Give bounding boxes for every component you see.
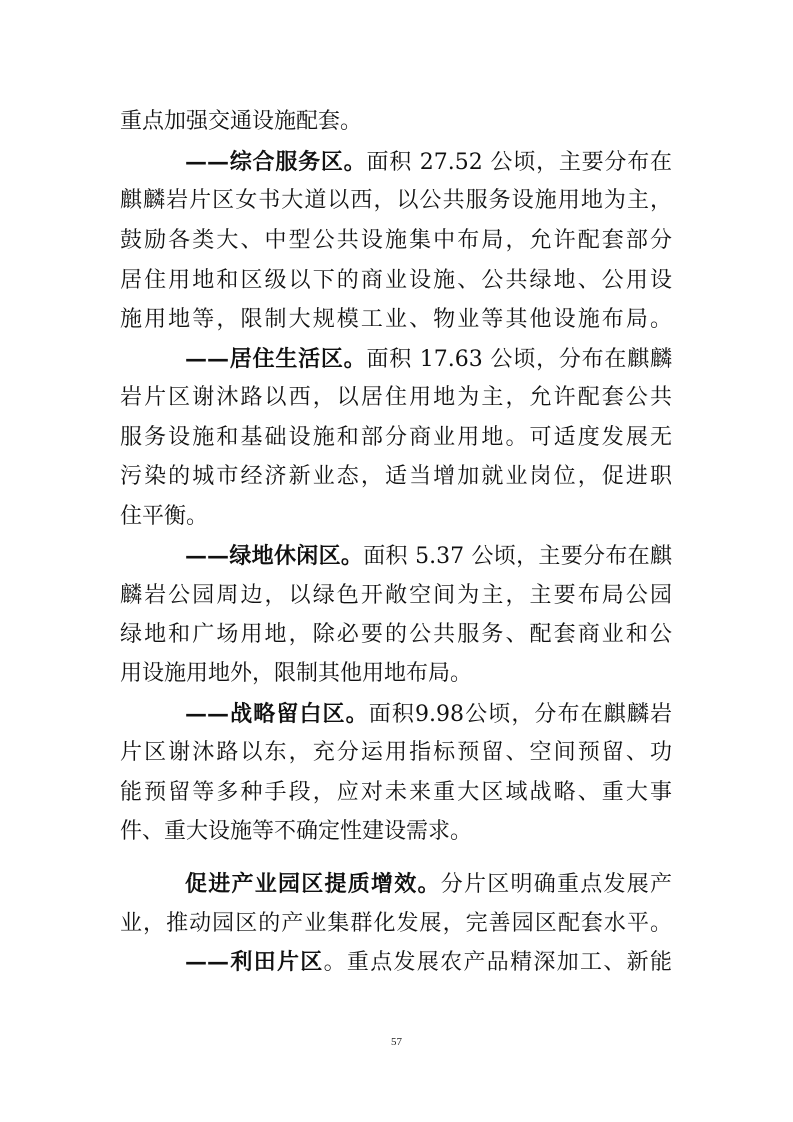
text-line: 用设施用地外，限制其他用地布局。 (120, 657, 672, 691)
page-number: 57 (0, 1036, 793, 1048)
line-text: 面积 17.63 公顷，分布在麒麟 (366, 347, 672, 372)
text-line: 件、重大设施等不确定性建设需求。 (120, 815, 672, 849)
document-page: 重点加强交通设施配套。——综合服务区。面积 27.52 公顷，主要分布在麒麟岩片… (0, 0, 793, 1122)
section-heading: ——绿地休闲区。 (185, 543, 363, 569)
line-text: 绿地和广场用地，除必要的公共服务、配套商业和公 (120, 622, 672, 647)
line-text: 住平衡。 (120, 504, 208, 529)
line-text: 分片区明确重点发展产 (441, 872, 672, 897)
text-line: ——战略留白区。面积9.98公顷，分布在麒麟岩 (185, 697, 672, 731)
text-line: ——居住生活区。面积 17.63 公顷，分布在麒麟 (185, 342, 672, 376)
text-line: 促进产业园区提质增效。分片区明确重点发展产 (185, 867, 672, 901)
text-line: 污染的城市经济新业态，适当增加就业岗位，促进职 (120, 460, 672, 494)
line-text: 服务设施和基础设施和部分商业用地。可适度发展无 (120, 425, 672, 450)
line-text: 麒麟岩片区女书大道以西，以公共服务设施用地为主， (120, 188, 672, 213)
line-text: 重点加强交通设施配套。 (120, 109, 362, 134)
line-text: 面积 5.37 公顷，主要分布在麒 (363, 544, 672, 569)
text-line: ——综合服务区。面积 27.52 公顷，主要分布在 (185, 145, 672, 179)
text-line: ——利田片区。重点发展农产品精深加工、新能 (185, 945, 672, 979)
line-text: 施用地等，限制大规模工业、物业等其他设施布局。 (120, 307, 672, 332)
line-text: 麟岩公园周边，以绿色开敞空间为主，主要布局公园 (120, 583, 672, 608)
text-line: 业，推动园区的产业集群化发展，完善园区配套水平。 (120, 907, 672, 941)
text-line: 片区谢沐路以东，充分运用指标预留、空间预留、功 (120, 736, 672, 770)
text-line: 绿地和广场用地，除必要的公共服务、配套商业和公 (120, 618, 672, 652)
line-text: 片区谢沐路以东，充分运用指标预留、空间预留、功 (120, 740, 672, 765)
text-line: 麒麟岩片区女书大道以西，以公共服务设施用地为主， (120, 184, 672, 218)
section-heading: 促进产业园区提质增效。 (185, 871, 441, 897)
line-text: 件、重大设施等不确定性建设需求。 (120, 819, 472, 844)
text-line: 岩片区谢沐路以西，以居住用地为主，允许配套公共 (120, 381, 672, 415)
line-text: 居住用地和区级以下的商业设施、公共绿地、公用设 (120, 268, 672, 293)
line-text: 。重点发展农产品精深加工、新能 (324, 950, 672, 975)
line-text: 业，推动园区的产业集群化发展，完善园区配套水平。 (120, 911, 672, 936)
line-text: 面积9.98公顷，分布在麒麟岩 (369, 702, 672, 727)
text-line: 服务设施和基础设施和部分商业用地。可适度发展无 (120, 421, 672, 455)
line-text: 岩片区谢沐路以西，以居住用地为主，允许配套公共 (120, 385, 672, 410)
line-text: 污染的城市经济新业态，适当增加就业岗位，促进职 (120, 464, 672, 489)
section-heading: ——战略留白区。 (185, 701, 369, 727)
text-line: 能预留等多种手段，应对未来重大区域战略、重大事 (120, 776, 672, 810)
line-text: 能预留等多种手段，应对未来重大区域战略、重大事 (120, 780, 672, 805)
text-line: 鼓励各类大、中型公共设施集中布局，允许配套部分 (120, 224, 672, 258)
line-text: 鼓励各类大、中型公共设施集中布局，允许配套部分 (120, 228, 672, 253)
text-line: 住平衡。 (120, 500, 672, 534)
text-line: 施用地等，限制大规模工业、物业等其他设施布局。 (120, 303, 672, 337)
line-text: 面积 27.52 公顷，主要分布在 (366, 150, 672, 175)
text-line: 居住用地和区级以下的商业设施、公共绿地、公用设 (120, 264, 672, 298)
section-heading: ——居住生活区。 (185, 346, 366, 372)
section-heading: ——综合服务区。 (185, 149, 366, 175)
text-line: 麟岩公园周边，以绿色开敞空间为主，主要布局公园 (120, 579, 672, 613)
text-line: 重点加强交通设施配套。 (120, 105, 672, 139)
section-heading: ——利田片区 (185, 949, 324, 975)
text-line: ——绿地休闲区。面积 5.37 公顷，主要分布在麒 (185, 539, 672, 573)
line-text: 用设施用地外，限制其他用地布局。 (120, 661, 472, 686)
